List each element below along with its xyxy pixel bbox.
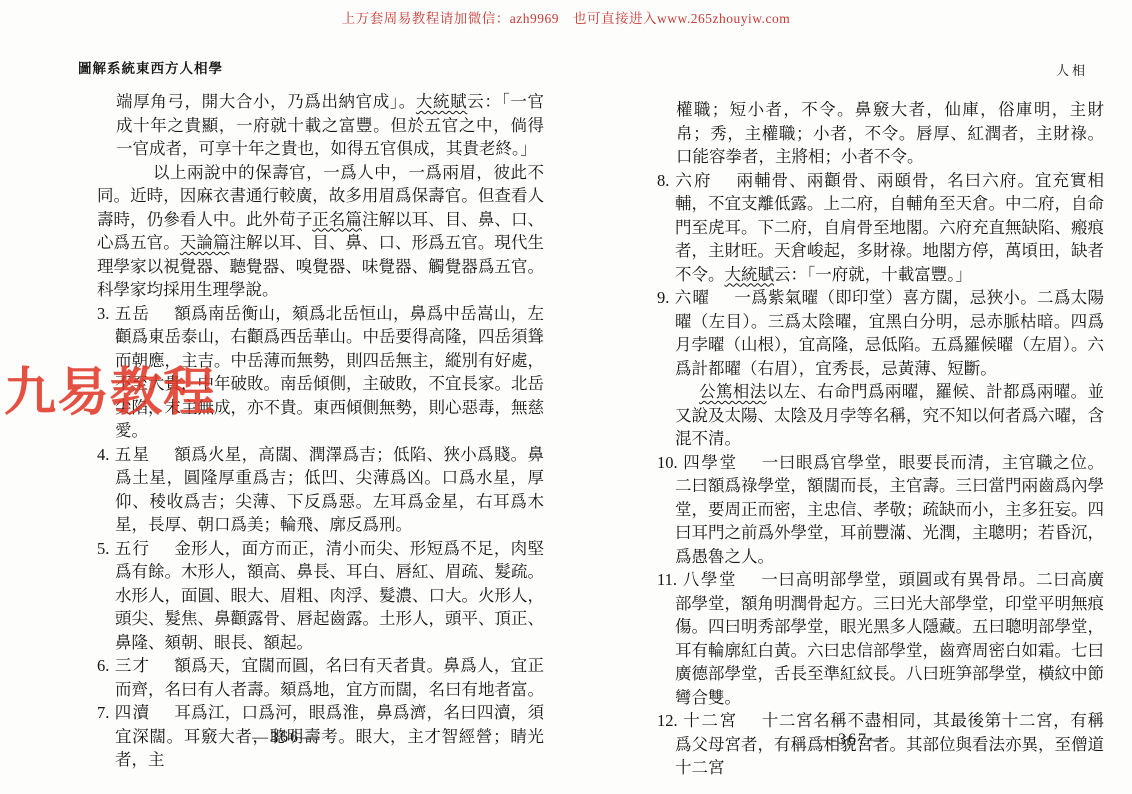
section-text: 兩輔骨、兩顴骨、兩頤骨，名曰六府。宜充實相輔，不宜支離低露。上二府，自輔角至天倉… (675, 171, 1104, 284)
section-five-peaks: 3.五岳額爲南岳衡山，頦爲北岳恒山，鼻爲中岳嵩山，左顴爲東岳泰山，右顴爲西岳華山… (97, 302, 544, 443)
section-title: 五行 (114, 539, 150, 558)
section-number: 7. (97, 703, 109, 722)
section-paragraph: 9.六曜一爲紫氣曜（即印堂）喜方闊，忌狹小。二爲太陽曜（左目）。三爲太陰曜，宜黑… (657, 286, 1104, 380)
section-number: 11. (657, 570, 677, 589)
text-segment: 一爲紫氣曜（即印堂）喜方闊，忌狹小。二爲太陽曜（左目）。三爲太陰曜，宜黑白分明，… (675, 288, 1104, 378)
section-number: 12. (657, 711, 678, 730)
section-title: 四學堂 (683, 453, 738, 472)
section-paragraph: 10.四學堂一曰眼爲官學堂，眼要長而清，主官職之位。二曰額爲祿學堂，額闊而長，主… (657, 451, 1104, 569)
section-three-powers: 6.三才額爲天，宜闊而圓，名曰有天者貴。鼻爲人，宜正而齊，名曰有人者壽。頦爲地，… (97, 654, 544, 701)
section-eight-halls: 11.八學堂一曰高明部學堂，頭圓或有異骨昂。二曰高廣部學堂，額角明潤骨起方。三曰… (657, 568, 1104, 709)
proper-name-underlined: 大統賦 (416, 92, 467, 111)
continuation-paragraph: 權職；短小者，不令。鼻竅大者，仙庫，俗庫明，主財帛；秀，主權職；小者，不令。唇厚… (657, 98, 1104, 169)
section-text: 一曰高明部學堂，頭圓或有異骨昂。二曰高廣部學堂，額角明潤骨起方。三曰光大部學堂，… (675, 570, 1104, 707)
section-six-mansions: 8.六府兩輔骨、兩顴骨、兩頤骨，名曰六府。宜充實相輔，不宜支離低露。上二府，自輔… (657, 169, 1104, 287)
proper-name-underlined: 天論篇 (180, 233, 230, 252)
section-number: 10. (657, 453, 678, 472)
section-number: 4. (97, 445, 109, 464)
left-page-running-title: 圖解系統東西方人相學 (78, 57, 223, 77)
section-paragraph: 6.三才額爲天，宜闊而圓，名曰有天者貴。鼻爲人，宜正而齊，名曰有人者壽。頦爲地，… (97, 654, 544, 701)
section-number: 6. (97, 656, 109, 675)
section-text: 一曰眼爲官學堂，眼要長而清，主官職之位。二曰額爲祿學堂，額闊而長，主官壽。三曰當… (675, 453, 1104, 566)
section-five-elements: 5.五行金形人，面方而正，清小而尖、形短爲不足，肉堅爲有餘。木形人，額高、鼻長、… (97, 537, 544, 655)
section-text: 額爲火星，高闊、潤澤爲吉；低陷、狹小爲賤。鼻爲土星，圓隆厚重爲吉；低凹、尖薄爲凶… (115, 445, 544, 535)
promo-banner: 上万套周易教程请加微信：azh9969 也可直接进入www.265zhouyiw… (0, 7, 1132, 27)
section-title: 三才 (114, 656, 150, 675)
section-six-luminaries: 9.六曜一爲紫氣曜（即印堂）喜方闊，忌狹小。二爲太陽曜（左目）。三爲太陰曜，宜黑… (657, 286, 1104, 451)
section-text: 額爲南岳衡山，頦爲北岳恒山，鼻爲中岳嵩山，左顴爲東岳泰山，右顴爲西岳華山。中岳要… (115, 304, 544, 441)
section-paragraph: 11.八學堂一曰高明部學堂，頭圓或有異骨昂。二曰高廣部學堂，額角明潤骨起方。三曰… (657, 568, 1104, 709)
section-paragraph: 4.五星額爲火星，高闊、潤澤爲吉；低陷、狹小爲賤。鼻爲土星，圓隆厚重爲吉；低凹、… (97, 443, 544, 537)
section-sub-paragraph: 公篤相法以左、右命門爲兩曜，羅候、計都爲兩曜。並又說及太陽、太陰及月孛等名稱，究… (657, 380, 1104, 451)
section-title: 五星 (114, 445, 150, 464)
section-number: 3. (97, 304, 109, 323)
section-title: 五岳 (114, 304, 150, 323)
section-paragraph: 3.五岳額爲南岳衡山，頦爲北岳恒山，鼻爲中岳嵩山，左顴爲東岳泰山，右顴爲西岳華山… (97, 302, 544, 443)
proper-name-underlined: 大統賦 (725, 265, 775, 284)
section-title: 六曜 (674, 288, 710, 307)
section-number: 5. (97, 539, 109, 558)
section-number: 8. (657, 171, 669, 190)
section-text: 金形人，面方而正，清小而尖、形短爲不足，肉堅爲有餘。木形人，額高、鼻長、耳白、唇… (115, 539, 544, 652)
section-four-halls: 10.四學堂一曰眼爲官學堂，眼要長而清，主官職之位。二曰額爲祿學堂，額闊而長，主… (657, 451, 1104, 569)
section-paragraph: 8.六府兩輔骨、兩顴骨、兩頤骨，名曰六府。宜充實相輔，不宜支離低露。上二府，自輔… (657, 169, 1104, 287)
section-text: 一爲紫氣曜（即印堂）喜方闊，忌狹小。二爲太陽曜（左目）。三爲太陰曜，宜黑白分明，… (675, 288, 1104, 378)
proper-name-underlined: 正名篇 (312, 210, 362, 229)
right-page: 權職；短小者，不令。鼻竅大者，仙庫，俗庫明，主財帛；秀，主權職；小者，不令。唇厚… (657, 98, 1104, 780)
section-number: 9. (657, 288, 669, 307)
text-segment: 端厚角弓，開大合小，乃爲出納官成」。 (116, 92, 416, 111)
text-segment: 云：「一府就，十載富豐。」 (774, 265, 972, 284)
section-title: 十二宮 (683, 711, 738, 730)
right-page-number: —367— (630, 731, 1076, 749)
section-text: 額爲天，宜闊而圓，名曰有天者貴。鼻爲人，宜正而齊，名曰有人者壽。頦爲地，宜方而闊… (115, 656, 544, 699)
intro-paragraph: 以上兩說中的保壽官，一爲人中，一爲兩眉，彼此不同。近時，因麻衣書通行較廣，故多用… (97, 161, 544, 302)
left-page: 端厚角弓，開大合小，乃爲出納官成」。大統賦云：「一官成十年之貴顯，一府就十載之富… (97, 90, 544, 772)
proper-name-underlined: 公篤相法 (699, 382, 767, 401)
right-page-running-title: 人相 (1056, 60, 1088, 79)
left-page-number: —366— (62, 729, 508, 747)
quote-continuation-paragraph: 端厚角弓，開大合小，乃爲出納官成」。大統賦云：「一官成十年之貴顯，一府就十載之富… (97, 90, 544, 161)
section-title: 六府 (674, 171, 712, 190)
section-paragraph: 5.五行金形人，面方而正，清小而尖、形短爲不足，肉堅爲有餘。木形人，額高、鼻長、… (97, 537, 544, 655)
section-five-stars: 4.五星額爲火星，高闊、潤澤爲吉；低陷、狹小爲賤。鼻爲土星，圓隆厚重爲吉；低凹、… (97, 443, 544, 537)
section-title: 四瀆 (114, 703, 150, 722)
section-title: 八學堂 (682, 570, 737, 589)
